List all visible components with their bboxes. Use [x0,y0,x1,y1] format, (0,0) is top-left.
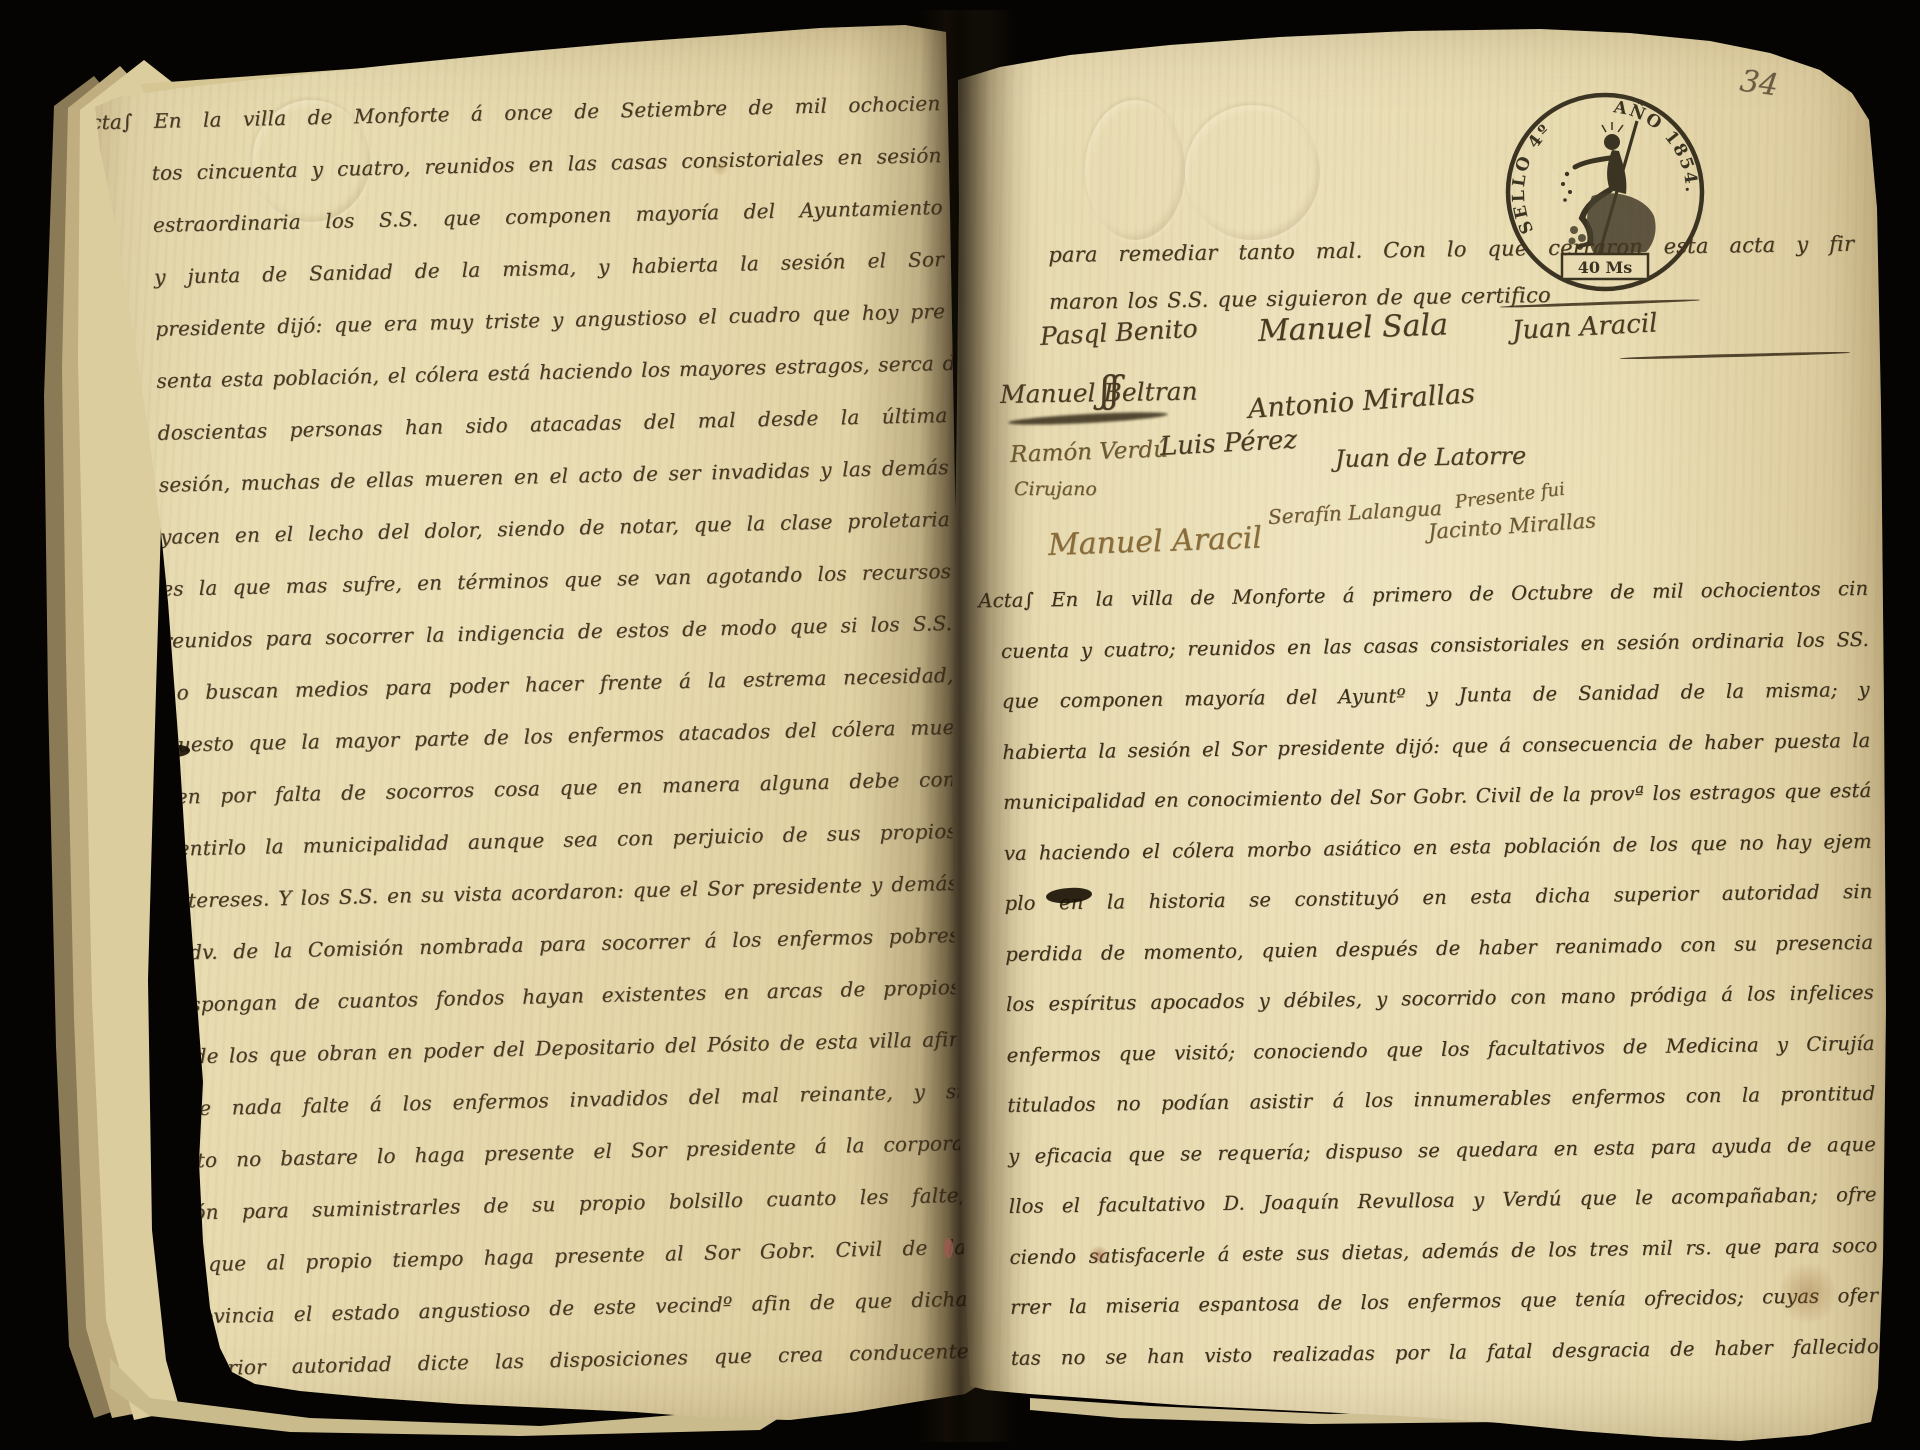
embossed-oval-seal-icon [1085,100,1185,240]
binding-thread [944,1238,953,1258]
signature: Antonio Mirallas [1247,378,1476,425]
embossed-round-seal-icon [1185,105,1320,240]
signature: Serafín Lalangua [1267,496,1442,529]
page-number: 34 [1738,64,1781,104]
signature: Juan Aracil [1511,308,1658,346]
rubric-mark: ʃʃ [1100,370,1120,411]
signature: Juan de Latorre [1335,442,1527,473]
attestation-signature: Jacinto Mirallas [1427,508,1596,544]
left-page-text: Acta∫ En la villa de Monforte á once de … [150,77,969,1395]
signature: Ramón Verdú [1010,436,1169,467]
signature: Luis Pérez [1159,425,1298,462]
signature: Manuel Aracil [1047,521,1262,563]
acta1-closing-text: para remediar tanto mal. Con lo que cerr… [1048,221,1855,326]
svg-text:SELLO 4º: SELLO 4º [1509,120,1556,237]
ink-smudge [1008,410,1168,427]
signature: Manuel Beltran [1000,377,1198,409]
scanned-manuscript-spread: Acta∫ En la villa de Monforte á once de … [0,0,1920,1450]
left-page: Acta∫ En la villa de Monforte á once de … [60,12,980,1442]
right-page: SELLO 4º AÑO 1854. 40 M [940,8,1890,1450]
acta2-text: Acta∫ En la villa de Monforte á primero … [1000,564,1879,1384]
signature-role: Cirujano [1014,478,1097,500]
attestation-prefix: Presente fui [1454,479,1566,513]
signature-strike [1620,351,1850,360]
signature: Manuel Sala [1257,307,1448,349]
